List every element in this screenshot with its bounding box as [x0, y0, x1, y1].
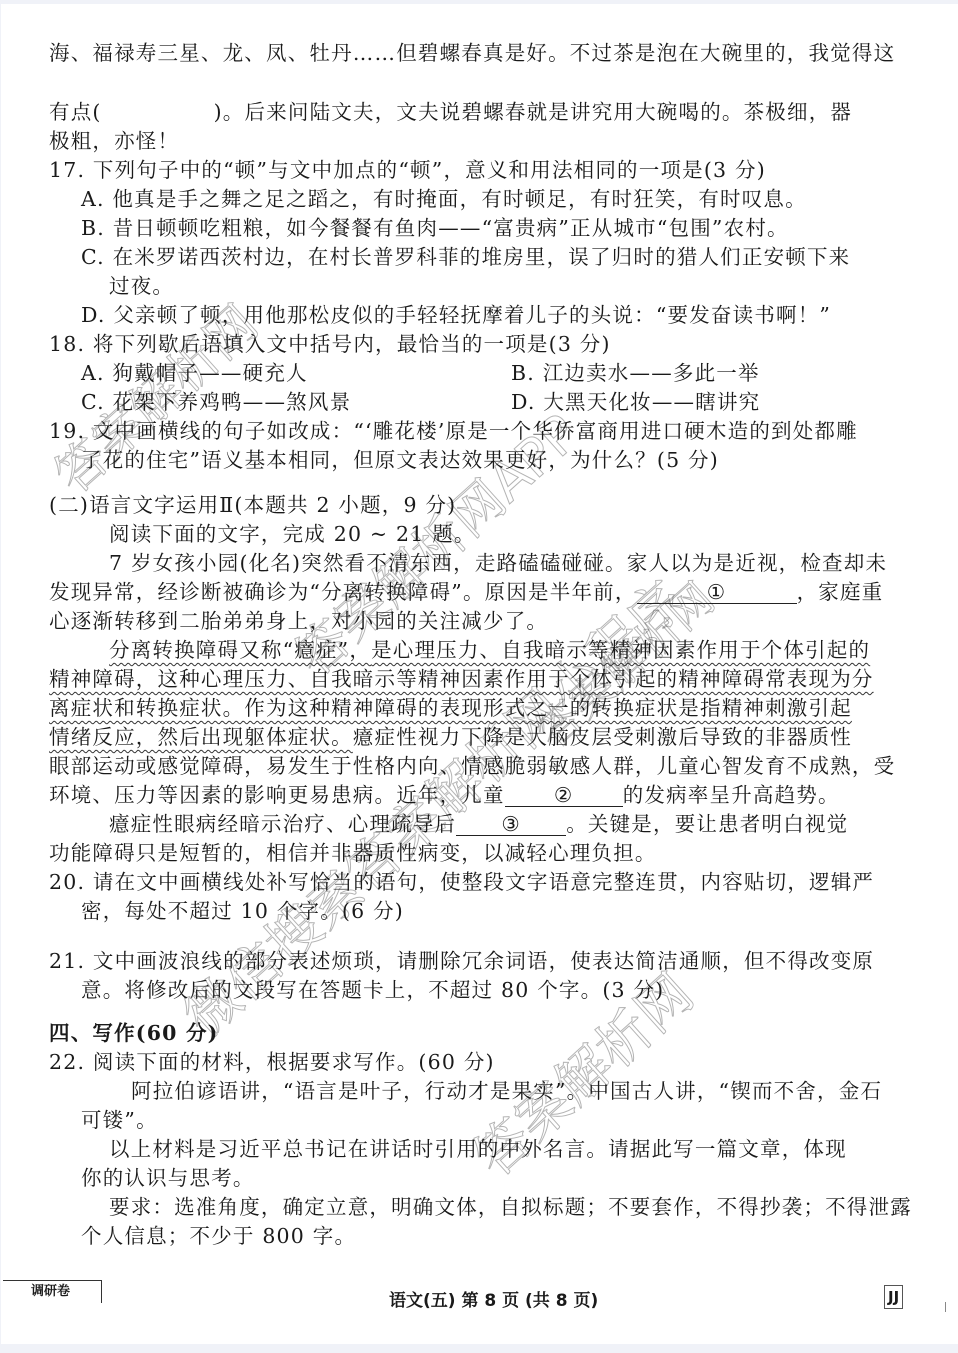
passage-line: 极粗，亦怪！	[49, 128, 179, 154]
question-19-stem-cont: 了花的住宅”语义基本相同，但原文表达效果更好，为什么？(5 分)	[81, 447, 719, 473]
reading-passage-line: 7 岁女孩小园(化名)突然看不清东西，走路磕磕碰碰。家人以为是近视，检查却未	[109, 550, 887, 576]
q18-option-b: B. 江边卖水——多此一举	[511, 360, 760, 386]
passage-text: 癔症性眼病经暗示治疗、心理疏导后	[109, 812, 456, 836]
reading-passage-line: 眼部运动或感觉障碍，易发生于性格内向、情感脆弱敏感人群，儿童心智发育不成熟，受	[49, 753, 895, 779]
reading-passage-line: 离症状和转换症状。作为这种精神障碍的表现形式之一的转换症状是指精神刺激引起	[49, 695, 852, 721]
passage-line: 海、福禄寿三星、龙、凤、牡丹……但碧螺春真是好。不过茶是泡在大碗里的，我觉得这	[49, 40, 895, 66]
section-4-heading: 四、写作(60 分)	[49, 1020, 219, 1046]
passage-line: 有点()。后来问陆文夫，文夫说碧螺春就是讲究用大碗喝的。茶极细，器	[49, 99, 852, 125]
exam-page: 答案解析网 答案解析网APP 答案解析网 微信搜索答案解析网小程序 答案解析网 …	[1, 4, 958, 1344]
fill-blank-2: ②	[505, 784, 623, 807]
question-20-stem-cont: 密，每处不超过 10 个字。(6 分)	[81, 898, 404, 924]
question-22-stem: 22. 阅读下面的材料，根据要求写作。(60 分)	[49, 1049, 495, 1075]
question-21-stem-cont: 意。将修改后的文段写在答题卡上，不超过 80 个字。(3 分)	[81, 977, 664, 1003]
q17-option-c: C. 在米罗诺西茨村边，在村长普罗科菲的堆房里，误了归时的猎人们正安顿下来	[81, 244, 850, 270]
fill-blank-3: ③	[456, 813, 566, 836]
essay-material-line: 可镂”。	[81, 1107, 158, 1133]
footer-series-label: 调研卷	[3, 1280, 102, 1303]
passage-text: 。关键是，要让患者明白视觉	[566, 812, 848, 836]
question-17-stem: 17. 下列句子中的“顿”与文中加点的“顿”，意义和用法相同的一项是(3 分)	[49, 157, 766, 183]
reading-passage-line: 情绪反应，然后出现躯体症状。癔症性视力下降是大脑皮层受刺激后导致的非器质性	[49, 724, 852, 750]
q18-option-a: A. 狗戴帽子——硬充人	[81, 360, 308, 386]
question-19-stem: 19. 文中画横线的句子如改成：“‘雕花楼’原是一个华侨富商用进口硬木造的到处都…	[49, 418, 858, 444]
reading-passage-line: 精神障碍，这种心理压力、自我暗示等精神因素作用于个体引起的精神障碍常表现为分	[49, 666, 874, 692]
reading-passage-line: 心逐渐转移到二胎弟弟身上，对小园的关注减少了。	[49, 608, 548, 634]
essay-prompt-line: 你的认识与思考。	[81, 1165, 255, 1191]
reading-passage-line: 癔症性眼病经暗示治疗、心理疏导后③。关键是，要让患者明白视觉	[109, 811, 848, 837]
wavy-underlined-text: 离症状和转换症状。作为这种精神障碍的表现形式之一的转换症状是指精神刺激引起	[49, 696, 852, 720]
passage-text: 有点(	[49, 100, 102, 124]
section-2-heading: (二)语言文字运用Ⅱ(本题共 2 小题，9 分)	[49, 492, 456, 518]
fill-blank-1: ①	[637, 581, 797, 604]
reading-passage-line: 环境、压力等因素的影响更易患病。近年，儿童②的发病率呈升高趋势。	[49, 782, 840, 808]
q18-option-d: D. 大黑天化妆——瞎讲究	[511, 389, 760, 415]
q18-option-c: C. 花架下养鸡鸭——煞风景	[81, 389, 351, 415]
passage-text: 环境、压力等因素的影响更易患病。近年，儿童	[49, 783, 505, 807]
essay-requirements-line: 个人信息；不少于 800 字。	[81, 1223, 356, 1249]
question-21-stem: 21. 文中画波浪线的部分表述烦琐，请删除冗余词语，使表达简洁通顺，但不得改变原	[49, 948, 874, 974]
question-20-stem: 20. 请在文中画横线处补写恰当的语句，使整段文字语意完整连贯，内容贴切，逻辑严	[49, 869, 874, 895]
passage-text: )。后来问陆文夫，文夫说碧螺春就是讲究用大碗喝的。茶极细，器	[214, 100, 853, 124]
section-2-instruction: 阅读下面的文字，完成 20 ~ 21 题。	[109, 521, 476, 547]
essay-requirements-line: 要求：选准角度，确定立意，明确文体，自拟标题；不要套作，不得抄袭；不得泄露	[109, 1194, 912, 1220]
passage-text: 的发病率呈升高趋势。	[623, 783, 840, 807]
essay-prompt-line: 以上材料是习近平总书记在讲话时引用的中外名言。请据此写一篇文章，体现	[109, 1136, 847, 1162]
q17-option-b: B. 昔日顿顿吃粗粮，如今餐餐有鱼肉——“富贵病”正从城市“包围”农村。	[81, 215, 789, 241]
footer-code-badge: JJ	[884, 1285, 903, 1309]
reading-passage-line: 功能障碍只是短暂的，相信并非器质性病变，以减轻心理负担。	[49, 840, 657, 866]
passage-text: 发现异常，经诊断被确诊为“分离转换障碍”。原因是半年前，	[49, 580, 637, 604]
wavy-underlined-text: 精神障碍，这种心理压力、自我暗示等精神因素作用于个体引起的精神障碍常表现为分	[49, 667, 874, 691]
reading-passage-line: 分离转换障碍又称“癔症”，是心理压力、自我暗示等精神因素作用于个体引起的	[109, 637, 870, 663]
wavy-underlined-text: 情绪反应，然后出现躯体症状。	[49, 725, 353, 749]
wavy-underlined-text: 分离转换障碍又称“癔症”，	[109, 638, 371, 662]
q17-option-c-cont: 过夜。	[109, 273, 174, 299]
footer-page-info: 语文(五) 第 8 页 (共 8 页)	[389, 1286, 598, 1311]
reading-passage-line: 发现异常，经诊断被确诊为“分离转换障碍”。原因是半年前，①，家庭重	[49, 579, 883, 605]
footer-tick-mark	[945, 1302, 946, 1312]
q17-option-a: A. 他真是手之舞之足之蹈之，有时掩面，有时顿足，有时狂笑，有时叹息。	[81, 186, 807, 212]
wavy-underlined-text: 是心理压力、自我暗示等精神因素作用于个体引起的	[371, 638, 870, 662]
essay-material-line: 阿拉伯谚语讲，“语言是叶子，行动才是果实”。中国古人讲，“锲而不舍，金石	[131, 1078, 882, 1104]
q17-option-d: D. 父亲顿了顿，用他那松皮似的手轻轻抚摩着儿子的头说：“要发奋读书啊！”	[81, 302, 831, 328]
passage-text: 癔症性视力下降是大脑皮层受刺激后导致的非器质性	[353, 725, 852, 749]
passage-text: ，家庭重	[797, 580, 884, 604]
question-18-stem: 18. 将下列歇后语填入文中括号内，最恰当的一项是(3 分)	[49, 331, 611, 357]
